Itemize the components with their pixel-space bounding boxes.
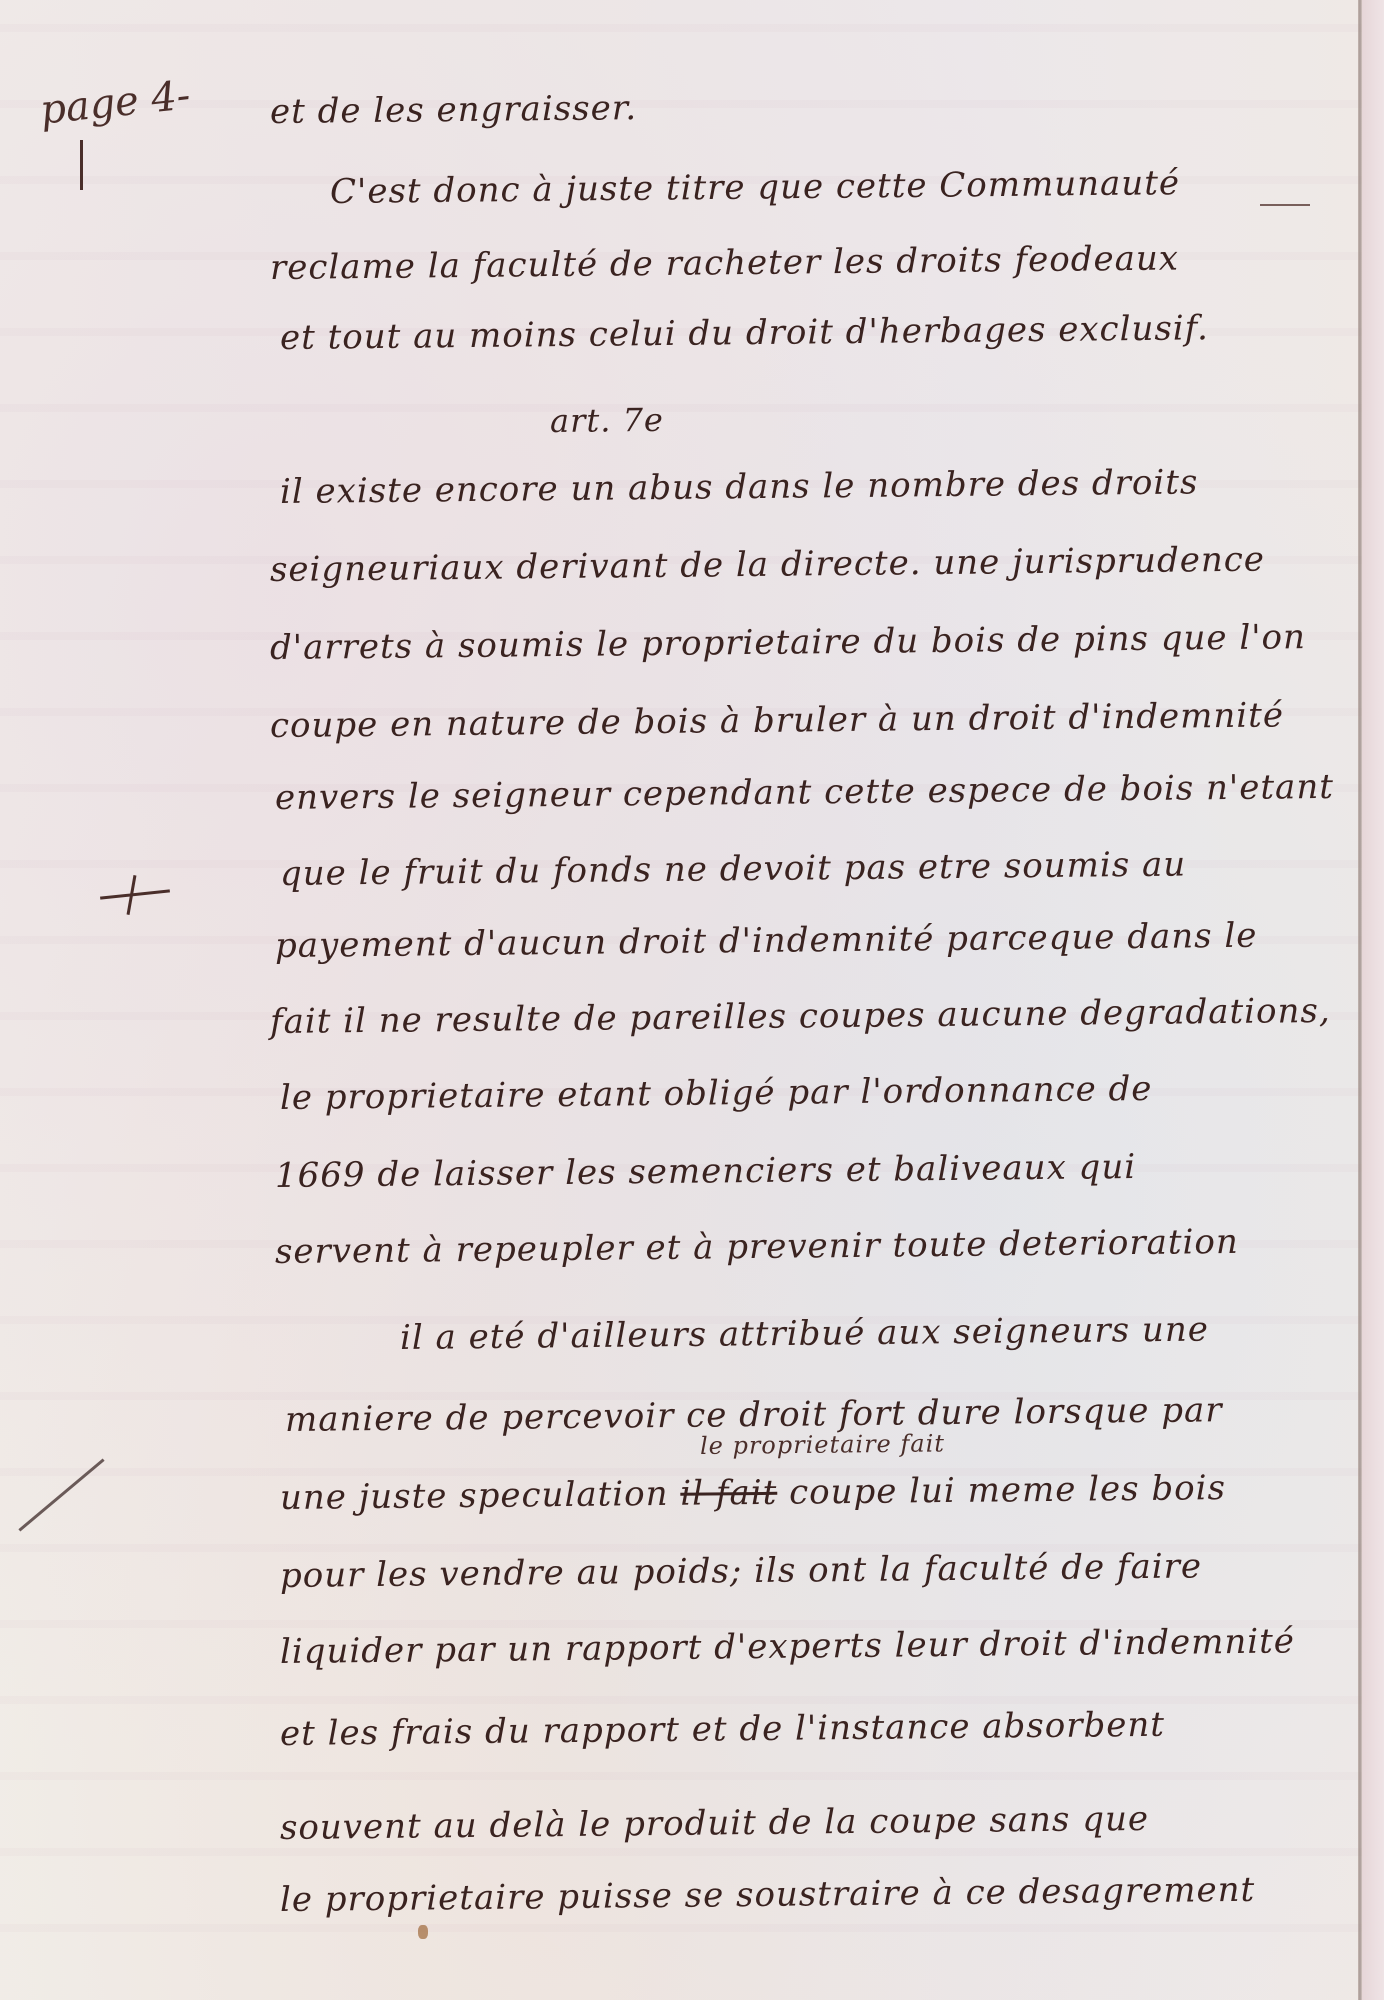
text-line-12: payement d'aucun droit d'indemnité parce… <box>275 916 1258 966</box>
adjacent-page-edge <box>1362 0 1384 2000</box>
text-line-10: envers le seigneur cependant cette espec… <box>275 767 1334 818</box>
text-line-7: seigneuriaux derivant de la directe. une… <box>270 540 1265 590</box>
text-line-15: 1669 de laisser les semenciers et balive… <box>275 1147 1137 1196</box>
text-line-17: il a eté d'ailleurs attribué aux seigneu… <box>400 1310 1209 1358</box>
text-line-1: et de les engraisser. <box>270 88 637 132</box>
text-line-11: que le fruit du fonds ne devoit pas etre… <box>280 845 1187 894</box>
text-line-6: il existe encore un abus dans le nombre … <box>280 462 1199 512</box>
margin-cross-horizontal <box>100 889 170 899</box>
article-heading: art. 7e <box>550 401 664 440</box>
manuscript-page: page 4- et de les engraisser. C'est donc… <box>0 0 1384 2000</box>
text-line-21: liquider par un rapport d'experts leur d… <box>280 1621 1295 1672</box>
ink-stain <box>418 1925 428 1939</box>
text-line-14: le proprietaire etant obligé par l'ordon… <box>280 1069 1153 1118</box>
line-filler-dash <box>1260 204 1310 206</box>
text-line-19-end: coupe lui meme les bois <box>789 1468 1226 1513</box>
text-line-3: reclame la faculté de racheter les droit… <box>270 238 1179 288</box>
text-line-24: le proprietaire puisse se soustraire à c… <box>280 1870 1256 1920</box>
text-line-20: pour les vendre au poids; ils ont la fac… <box>280 1546 1202 1596</box>
interlinear-insertion: le proprietaire fait <box>700 1429 945 1460</box>
text-line-16: servent à repeupler et à prevenir toute … <box>275 1222 1239 1272</box>
struck-out-text: il fait <box>680 1473 777 1514</box>
text-line-23: souvent au delà le produit de la coupe s… <box>280 1799 1149 1848</box>
text-line-4: et tout au moins celui du droit d'herbag… <box>280 308 1209 358</box>
margin-slash-mark <box>18 1458 104 1531</box>
text-line-19-start: une juste speculation <box>280 1474 669 1518</box>
margin-page-label: page 4- <box>38 72 192 133</box>
text-line-22: et les frais du rapport et de l'instance… <box>280 1705 1165 1754</box>
text-line-2: C'est donc à juste titre que cette Commu… <box>330 163 1180 212</box>
text-line-9: coupe en nature de bois à bruler à un dr… <box>270 695 1284 746</box>
text-line-19: une juste speculation il fait coupe lui … <box>280 1468 1226 1518</box>
margin-vertical-stroke <box>80 140 83 190</box>
text-line-8: d'arrets à soumis le proprietaire du boi… <box>270 617 1306 668</box>
text-line-13: fait il ne resulte de pareilles coupes a… <box>270 991 1331 1042</box>
